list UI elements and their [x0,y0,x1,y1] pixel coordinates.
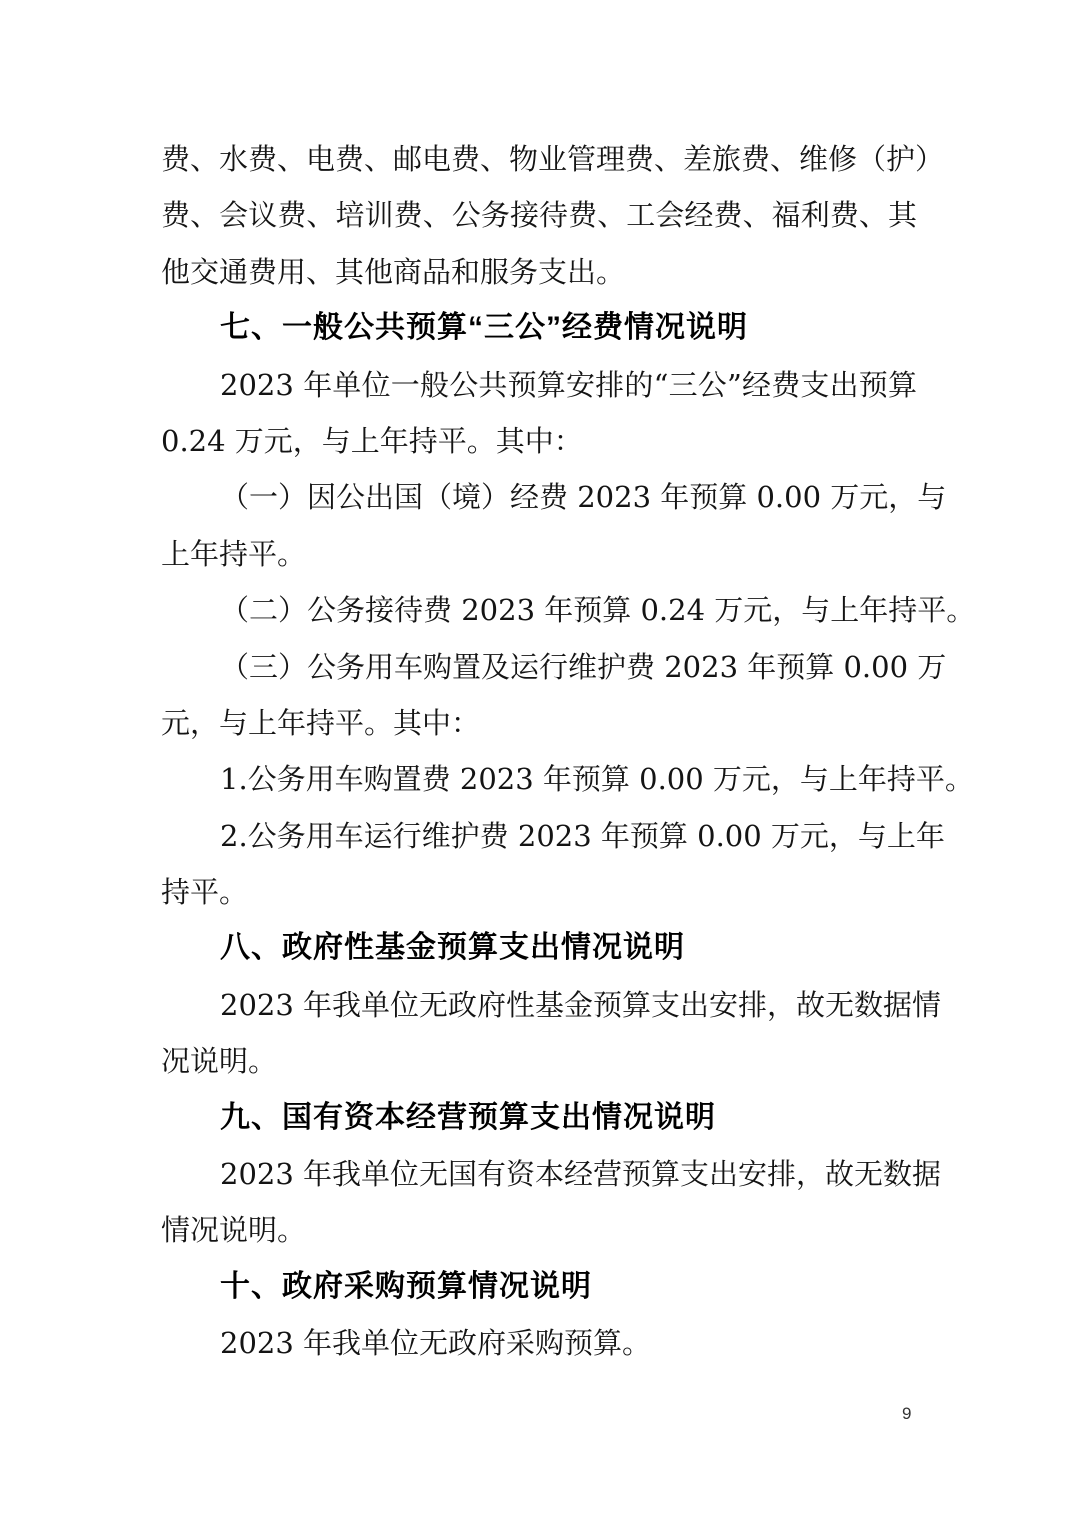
text-line: 2.公务用车运行维护费 2023 年预算 0.00 万元，与上年 [161,808,917,864]
text-line: 持平。 [161,864,917,920]
document-page: 费、水费、电费、邮电费、物业管理费、差旅费、维修（护）费、会议费、培训费、公务接… [0,0,1075,1520]
text-line: 0.24 万元，与上年持平。其中： [161,413,917,469]
text-line: 2023 年我单位无国有资本经营预算支出安排，故无数据 [161,1146,917,1202]
text-line: 费、水费、电费、邮电费、物业管理费、差旅费、维修（护） [161,131,917,187]
para-vehicle-operation: 2.公务用车运行维护费 2023 年预算 0.00 万元，与上年持平。 [161,808,917,921]
text-line: （三）公务用车购置及运行维护费 2023 年预算 0.00 万 [161,639,917,695]
para-other-expense-items: 费、水费、电费、邮电费、物业管理费、差旅费、维修（护）费、会议费、培训费、公务接… [161,131,917,300]
text-line: 2023 年我单位无政府采购预算。 [161,1315,917,1371]
heading-line: 八、政府性基金预算支出情况说明 [161,920,917,976]
para-state-capital-budget: 2023 年我单位无国有资本经营预算支出安排，故无数据情况说明。 [161,1146,917,1259]
text-line: 费、会议费、培训费、公务接待费、工会经费、福利费、其 [161,187,917,243]
text-line: 2023 年单位一般公共预算安排的“三公”经费支出预算 [161,357,917,413]
para-govt-procurement: 2023 年我单位无政府采购预算。 [161,1315,917,1371]
para-item-1-abroad-expense: （一）因公出国（境）经费 2023 年预算 0.00 万元，与上年持平。 [161,469,917,582]
page-number: 9 [902,1402,911,1426]
para-vehicle-purchase: 1.公务用车购置费 2023 年预算 0.00 万元，与上年持平。 [161,751,917,807]
heading-section-8: 八、政府性基金预算支出情况说明 [161,920,917,976]
heading-section-9: 九、国有资本经营预算支出情况说明 [161,1090,917,1146]
text-line: 1.公务用车购置费 2023 年预算 0.00 万元，与上年持平。 [161,751,917,807]
heading-line: 七、一般公共预算“三公”经费情况说明 [161,300,917,356]
text-line: 他交通费用、其他商品和服务支出。 [161,244,917,300]
text-line: 情况说明。 [161,1202,917,1258]
heading-section-10: 十、政府采购预算情况说明 [161,1259,917,1315]
para-item-2-official-reception: （二）公务接待费 2023 年预算 0.24 万元，与上年持平。 [161,582,917,638]
text-line: （一）因公出国（境）经费 2023 年预算 0.00 万元，与 [161,469,917,525]
text-line: 上年持平。 [161,526,917,582]
para-item-3-official-vehicles: （三）公务用车购置及运行维护费 2023 年预算 0.00 万元，与上年持平。其… [161,639,917,752]
text-line: （二）公务接待费 2023 年预算 0.24 万元，与上年持平。 [161,582,917,638]
text-line: 2023 年我单位无政府性基金预算支出安排，故无数据情 [161,977,917,1033]
para-sangong-budget-total: 2023 年单位一般公共预算安排的“三公”经费支出预算0.24 万元，与上年持平… [161,357,917,470]
text-line: 元，与上年持平。其中： [161,695,917,751]
heading-line: 九、国有资本经营预算支出情况说明 [161,1090,917,1146]
para-govt-fund-budget: 2023 年我单位无政府性基金预算支出安排，故无数据情况说明。 [161,977,917,1090]
heading-section-7: 七、一般公共预算“三公”经费情况说明 [161,300,917,356]
text-line: 况说明。 [161,1033,917,1089]
heading-line: 十、政府采购预算情况说明 [161,1259,917,1315]
document-body: 费、水费、电费、邮电费、物业管理费、差旅费、维修（护）费、会议费、培训费、公务接… [161,131,917,1372]
